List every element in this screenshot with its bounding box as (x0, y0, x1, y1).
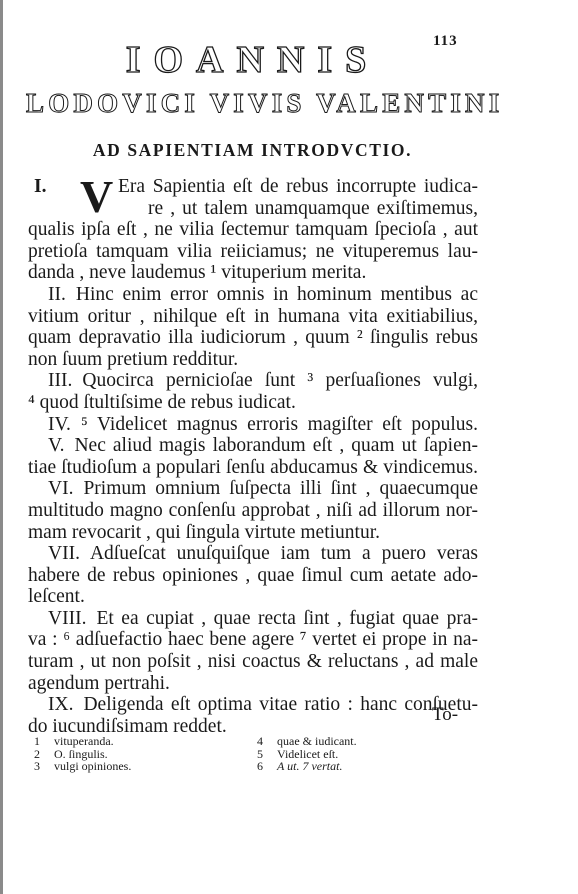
section-line: ⁴ quod ſtultiſsime de rebus iudicat. (28, 392, 478, 414)
section-line: III.Quocirca pernicioſae ſunt ³ perſuaſi… (28, 370, 478, 392)
body-text: I. V Era Sapientia eſt de rebus incorrup… (28, 176, 478, 737)
section-text: Deligenda eſt optima vitae ratio : hanc … (83, 694, 478, 715)
drop-cap: V (80, 176, 113, 218)
section-numeral: V. (48, 435, 64, 457)
section-numeral: IV. (48, 414, 71, 436)
section-text: Et ea cupiat , quae recta ſint , fugiat … (96, 608, 478, 629)
footnote-text: A ut. 7 vertat. (277, 759, 342, 773)
section-line: qualis ipſa eſt , ne vilia ſectemur tamq… (28, 219, 478, 241)
section-line: va : ⁶ adſuefactio haec bene agere ⁷ ver… (28, 629, 478, 651)
section-line: turam , ut non poſsit , nisi coactus & r… (28, 651, 478, 673)
section-text: Quocirca pernicioſae ſunt ³ perſuaſiones… (82, 370, 478, 391)
footnotes-right: 4quae & iudicant. 5Videlicet eſt. 6A ut.… (257, 735, 357, 773)
section-line: pretioſa tamquam vilia reiiciamus; ne vi… (28, 241, 478, 263)
section-text: Adſueſcat unuſquiſque iam tum a puero ve… (90, 543, 478, 564)
section-line: leſcent. (28, 586, 478, 608)
section-line: VII.Adſueſcat unuſquiſque iam tum a puer… (28, 543, 478, 565)
section-line: V.Nec aliud magis laborandum eſt , quam … (28, 435, 478, 457)
section-line: IX.Deligenda eſt optima vitae ratio : ha… (28, 694, 478, 716)
section-numeral: I. (34, 176, 46, 198)
title-work: AD SAPIENTIAM INTRODVCTIO. (0, 140, 505, 161)
section-text: Primum omnium ſuſpecta illi ſint , quaec… (83, 478, 478, 499)
footnote: 6A ut. 7 vertat. (257, 760, 357, 773)
section-numeral: VI. (48, 478, 73, 500)
section-text: Nec aliud magis laborandum eſt , quam ut… (74, 435, 478, 456)
title-author-first-name: IOANNIS (0, 38, 505, 82)
catchword: To- (432, 704, 458, 726)
section-line: VI.Primum omnium ſuſpecta illi ſint , qu… (28, 478, 478, 500)
section-line: IV.⁵ Videlicet magnus erroris magiſter e… (28, 414, 478, 436)
page-left-edge (0, 0, 3, 894)
section-text: Hinc enim error omnis in hominum mentibu… (76, 284, 478, 305)
section-line: VIII.Et ea cupiat , quae recta ſint , fu… (28, 608, 478, 630)
section-text: Era Sapientia eſt de rebus incorrupte iu… (80, 176, 478, 198)
section-line: danda , neve laudemus ¹ vituperium merit… (28, 262, 478, 284)
title-author-full-name: LODOVICI VIVIS VALENTINI (26, 88, 471, 119)
section-line: I. V Era Sapientia eſt de rebus incorrup… (28, 176, 478, 198)
section-line: habere de rebus opiniones , quae ſimul c… (28, 565, 478, 587)
footnote: 3vulgi opiniones. (34, 760, 131, 773)
section-line: vitium oritur , nihilque eſt in humana v… (28, 306, 478, 328)
footnote-number: 6 (257, 760, 277, 773)
section-numeral: II. (48, 284, 66, 306)
section-numeral: IX. (48, 694, 73, 716)
section-line: II.Hinc enim error omnis in hominum ment… (28, 284, 478, 306)
footnote-number: 3 (34, 760, 54, 773)
section-line: agendum pertrahi. (28, 673, 478, 695)
section-numeral: III. (48, 370, 72, 392)
section-text: ⁵ Videlicet magnus erroris magiſter eſt … (81, 414, 478, 435)
section-numeral: VIII. (48, 608, 86, 630)
footnote-number: 4 (257, 735, 277, 748)
section-line: mam revocarit , qui ſingula virtute meti… (28, 522, 478, 544)
footnote-number: 1 (34, 735, 54, 748)
section-numeral: VII. (48, 543, 80, 565)
section-line: multitudo magno conſenſu approbat , niſi… (28, 500, 478, 522)
footnote-text: vulgi opiniones. (54, 759, 131, 773)
section-line: quam depravatio illa iudiciorum , quum ²… (28, 327, 478, 349)
section-line: tiae ſtudioſum a populari ſenſu abducamu… (28, 457, 478, 479)
footnotes-left: 1vituperanda. 2O. ſingulis. 3vulgi opini… (34, 735, 131, 773)
section-line: non ſuum pretium redditur. (28, 349, 478, 371)
